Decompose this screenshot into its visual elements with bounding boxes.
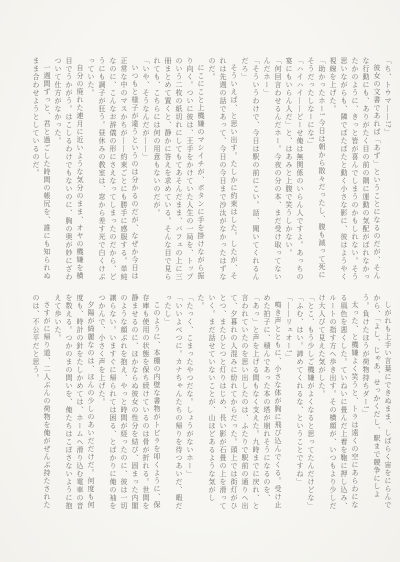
text-line: 「ハイハイ――どーせ俺は無関係のいらん人ですよ。あっちの宴にもいらん人だ」と、は… <box>283 57 305 281</box>
text-line: 鳴き声とともに、小さな体が胸に飛び込んでくる。受け止めた拍子に、積んであった本の… <box>195 294 283 514</box>
text-line: 「たっく、こまったやつだな。しょうがないホー」 <box>184 294 195 514</box>
text-line: 「ふむ、はい。諦めてくれるな、ということですね」 <box>294 294 305 514</box>
text-line: 一週間ずっと、君と過ごした時間の帳尻を、誰にも知られぬまま合わせようとしているの… <box>30 57 52 281</box>
text-line: このように、本棚の内壁な書物がトビラを叩くように、保存庫も使用の状態を保ち続けて… <box>96 294 162 514</box>
bottom-text-block: しがれも上手い言葉にできぬまま、しばらく宙をにらんでから、「よし、じゃあ、せっか… <box>23 294 393 514</box>
page: 「ち、トウマ――!?」彼女の文書であれば「あず」ということになるのだが、そんな行… <box>0 0 400 562</box>
text-line: 夕陽が綺麗なのは、ほんの少しのあいだだけだ。何度も何度も、時計の針をたしかめては… <box>52 294 96 514</box>
text-line: 「――リュオー!」 <box>283 294 294 514</box>
text-line: 「そういうわけで、今日は駅の前にこい。話、聞いてくれるんだろ」 <box>239 57 261 281</box>
text-line: さすがに帰り道、二人ぶんの荷物を俺がぜんぶ持たされたのは、不公平だと思う。 <box>30 294 52 514</box>
text-line: しがれも上手い言葉にできぬまま、しばらく宙をにらんでから、「よし、じゃあ、せっか… <box>360 294 393 514</box>
text-line: 自分の廃れた連月に近いような気分のまま、オヤの機嫌を横目でうかがう。はこしるわけ… <box>52 57 85 281</box>
text-line: 「ち、トウマ――!?」 <box>382 57 393 281</box>
text-line: 彼女の文書であれば「あず」ということになるのだが、そんな行動にも、ありがたく目の… <box>327 57 382 281</box>
text-line: 「何回言わせるんだホー。今夜の分の本、まだ受け取ってないんだホー」 <box>261 57 283 281</box>
text-line: 「いや、そうなんだが――」 <box>140 57 151 281</box>
text-line: いつもと様子が違うというのは分かるのだが、なぜか今日は正常な中のマスかちが――約… <box>85 57 140 281</box>
text-line: 太った、と機嫌よく笑うと、トラは遠くの空にあらわになる風色を悪くした。ていねいに… <box>316 294 360 514</box>
text-line: 「助かったホー! 今日は朝から散々だったし、腹も減って死にそうだったしなーにな!… <box>305 57 327 281</box>
text-line: 「とこ、もう少しご機嫌がよくなると思ってたんだけどな」 <box>305 294 316 514</box>
top-text-block: 「ち、トウマ――!?」彼女の文書であれば「あず」ということになるのだが、そんな行… <box>23 57 393 281</box>
text-line: にこにこと上機嫌のマシイチが、ボタンに手を掛けながら振り向く。ついに彼は、王手を… <box>151 57 206 281</box>
text-line: 「いいよべつに。カナちゃんたちの帰りを待つあいだ、暇だったし」 <box>162 294 184 514</box>
text-line: そういえば、と思い出す。たしかに約束はした。したが、それは先週の話であって、今日… <box>206 57 239 281</box>
